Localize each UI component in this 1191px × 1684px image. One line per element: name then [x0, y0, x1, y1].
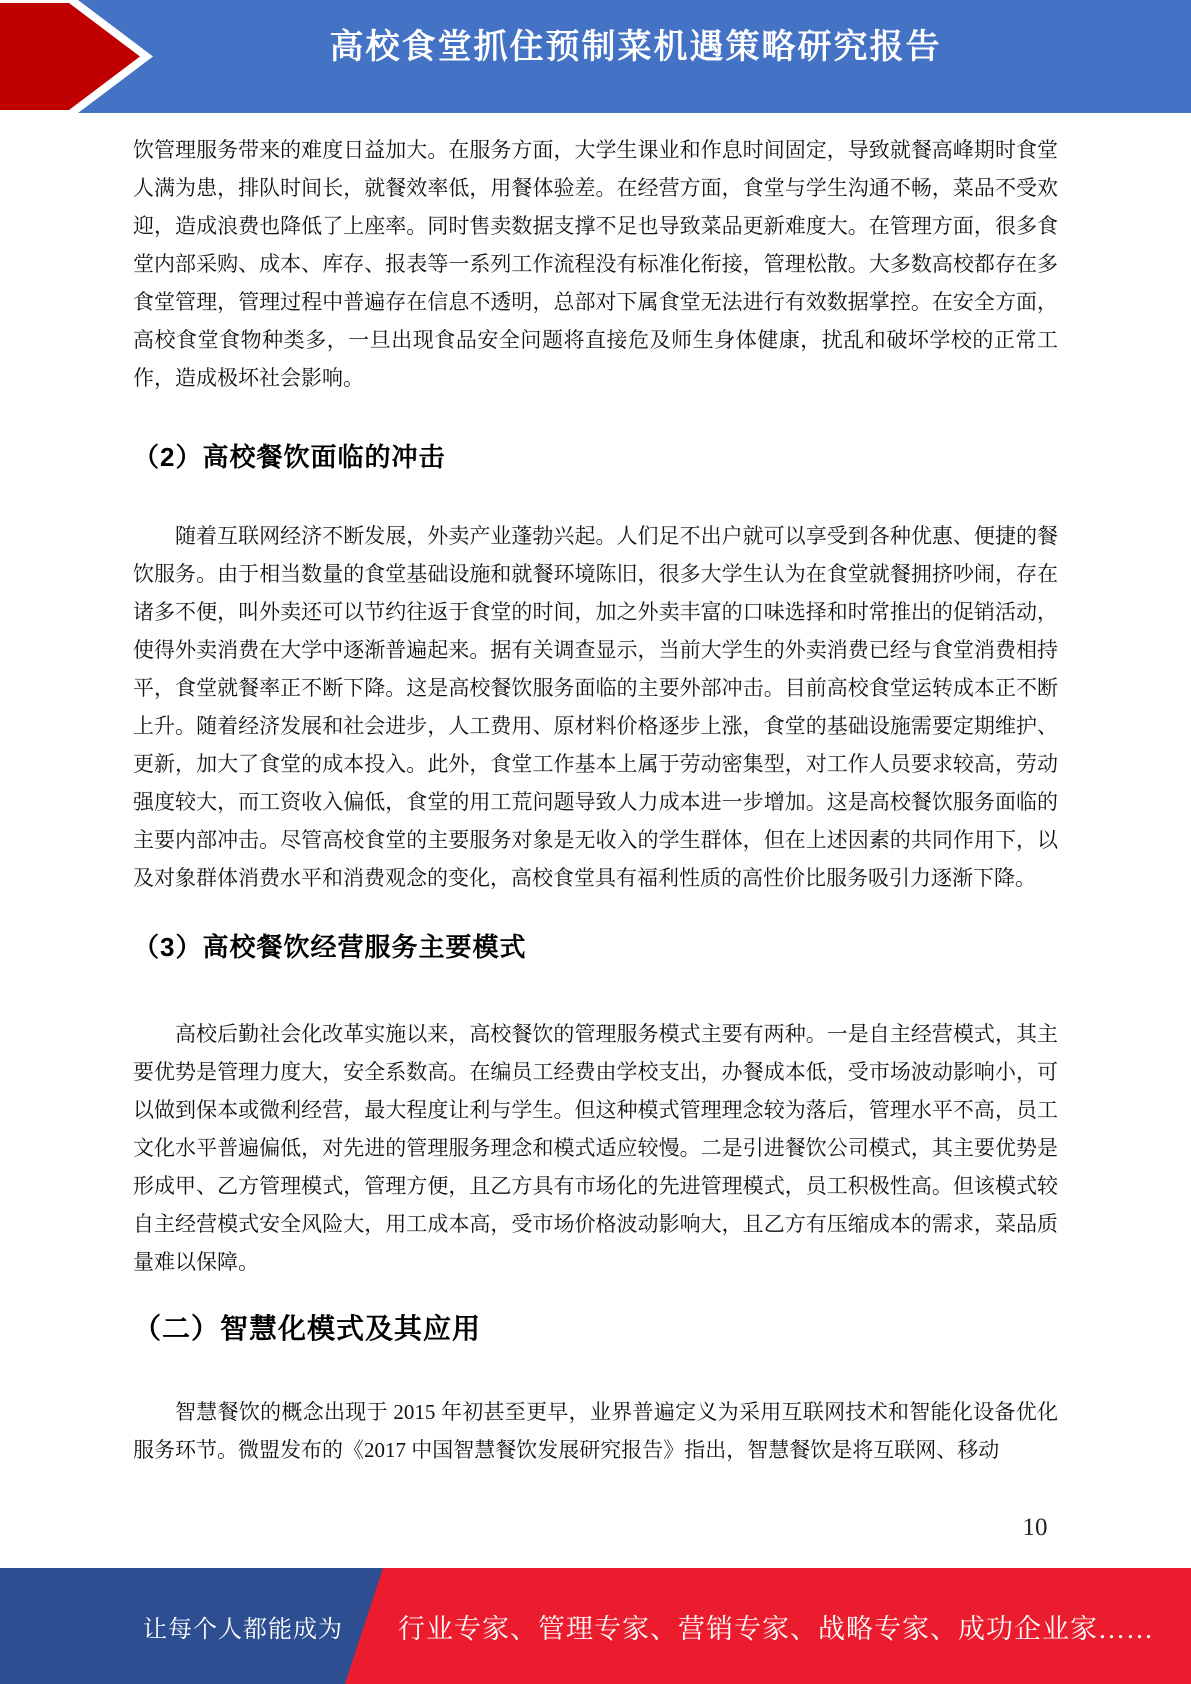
- document-body: 饮管理服务带来的难度日益加大。在服务方面，大学生课业和作息时间固定，导致就餐高峰…: [133, 131, 1058, 1469]
- report-page: 高校食堂抓住预制菜机遇策略研究报告 饮管理服务带来的难度日益加大。在服务方面，大…: [0, 0, 1191, 1684]
- section-heading-3: （3）高校餐饮经营服务主要模式: [133, 927, 1058, 967]
- page-number: 10: [1003, 1514, 1067, 1542]
- footer-slogan-left: 让每个人都能成为: [143, 1568, 343, 1684]
- footer-slogan-right: 行业专家、管理专家、营销专家、战略专家、成功企业家……: [398, 1568, 1171, 1684]
- paragraph-external-internal-impact: 随着互联网经济不断发展，外卖产业蓬勃兴起。人们足不出户就可以享受到各种优惠、便捷…: [133, 517, 1058, 897]
- section-heading-2: （2）高校餐饮面临的冲击: [133, 437, 1058, 477]
- report-title: 高校食堂抓住预制菜机遇策略研究报告: [120, 27, 1151, 67]
- header-banner: 高校食堂抓住预制菜机遇策略研究报告: [0, 0, 1191, 113]
- paragraph-operation-modes: 高校后勤社会化改革实施以来，高校餐饮的管理服务模式主要有两种。一是自主经营模式，…: [133, 1015, 1058, 1281]
- paragraph-smart-dining: 智慧餐饮的概念出现于 2015 年初甚至更早，业界普遍定义为采用互联网技术和智能…: [133, 1393, 1058, 1469]
- section-heading-smart-mode: （二）智慧化模式及其应用: [133, 1309, 1058, 1349]
- footer-band: 让每个人都能成为 行业专家、管理专家、营销专家、战略专家、成功企业家……: [0, 1568, 1191, 1684]
- paragraph-continuation: 饮管理服务带来的难度日益加大。在服务方面，大学生课业和作息时间固定，导致就餐高峰…: [133, 131, 1058, 397]
